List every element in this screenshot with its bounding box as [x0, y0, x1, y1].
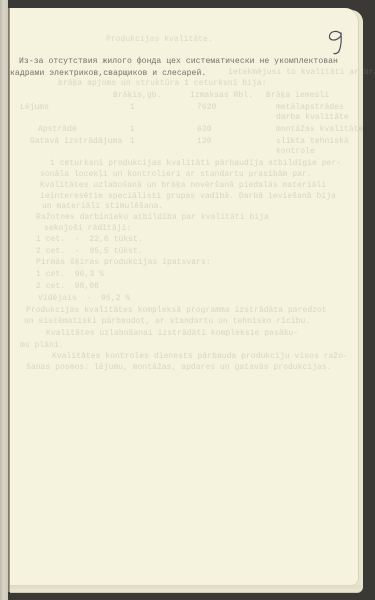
paragraph-line: Из-за отсутствия жилого фонда цех систем… — [19, 57, 338, 67]
bleed-body-line: 1 ceturksnī produkcijas kvalitāti pārbau… — [50, 159, 341, 169]
bleed-table-cell: 1 — [130, 125, 135, 135]
bleed-body-line: Pirmās šķiras produkcijas īpatsvars: — [36, 258, 211, 268]
bleed-body-line: sonāla locekļi un kontrolieri ar standar… — [40, 170, 312, 180]
bleed-table-cell: Lējums — [20, 103, 49, 113]
bleed-intro-line: brāķa apjoms un struktūra 1 ceturksnī bi… — [58, 79, 267, 89]
bleed-table-cell: 7620 — [197, 103, 216, 113]
bleed-body-line: 1 cet. - 22,6 tūkst. — [36, 235, 143, 245]
binding-line — [8, 8, 10, 592]
bleed-body-line: un sistēmatiski pārbaudot, ar standartu … — [24, 317, 310, 327]
bleed-table-cell: 120 — [197, 137, 212, 147]
bleed-table-header: Brāķa iemesli — [266, 91, 329, 101]
bleed-body-line: Kvalitātes kontroles dienests pārbauda p… — [52, 352, 348, 362]
bleed-body-line: ieinteresētie speciālisti grupas vadībā.… — [40, 192, 336, 202]
svg-text:9: 9 — [326, 28, 327, 29]
bleed-table-cell: 1 — [130, 137, 135, 147]
bleed-body-line: Kvalitātes uzlabošanai izstrādāti komple… — [46, 329, 298, 339]
bleed-body-line: 2 cet. 98,08 — [36, 282, 99, 292]
bleed-table-header: Brāķis,gb. — [113, 91, 162, 101]
bleed-table-cell: metālapstrādes — [276, 103, 344, 113]
binding-strip — [0, 0, 8, 600]
bleed-body-line: Produkcijas kvalitātes kompleksā program… — [26, 306, 327, 316]
bleed-body-line: sekojoši rādītāji: — [44, 224, 131, 234]
bleed-body-line: mu plāni. — [20, 341, 64, 351]
bleed-body-line: Kvalitātes uzlabošanā un brāķa novēršanā… — [40, 181, 326, 191]
bleed-body-line: Vidējais - 95,2 % — [38, 294, 130, 304]
bleed-table-header: Izmaksas Rbl. — [190, 91, 253, 101]
bleed-table-cell: darba kvalitāte — [276, 113, 349, 123]
bleed-table-cell: 1 — [130, 103, 135, 113]
bleed-intro-line: ietekmējusi to kvalitāti ar brāķi — [228, 68, 375, 78]
bleed-table-cell: 630 — [197, 125, 212, 135]
bleed-body-line: 1 cet. 96,3 % — [36, 270, 104, 280]
bleed-table-cell: Apstrāde — [38, 125, 77, 135]
paragraph-line: кадрами электриков,сварщиков и слесарей. — [10, 69, 206, 79]
bleed-body-line: un materiāli stimulēšana. — [42, 202, 163, 212]
bleed-heading: Produkcijas kvalitāte. — [106, 35, 213, 45]
bleed-body-line: Ražotnes darbinieku atbildība par kvalit… — [36, 213, 269, 223]
bleed-body-line: šanas posmos: lējumu, montāžas, apdares … — [26, 363, 332, 373]
bleed-table-cell: slikta tehniskā — [276, 137, 349, 147]
bleed-table-cell: Gatavā izstrādājuma — [30, 137, 122, 147]
handwritten-page-number: 9 — [326, 28, 346, 56]
bleed-body-line: 2 cet. - 95,5 tūkst. — [36, 247, 143, 257]
bleed-table-cell: montāžas kvalitāte — [276, 125, 363, 135]
bleed-table-cell: kontrole — [276, 147, 315, 157]
